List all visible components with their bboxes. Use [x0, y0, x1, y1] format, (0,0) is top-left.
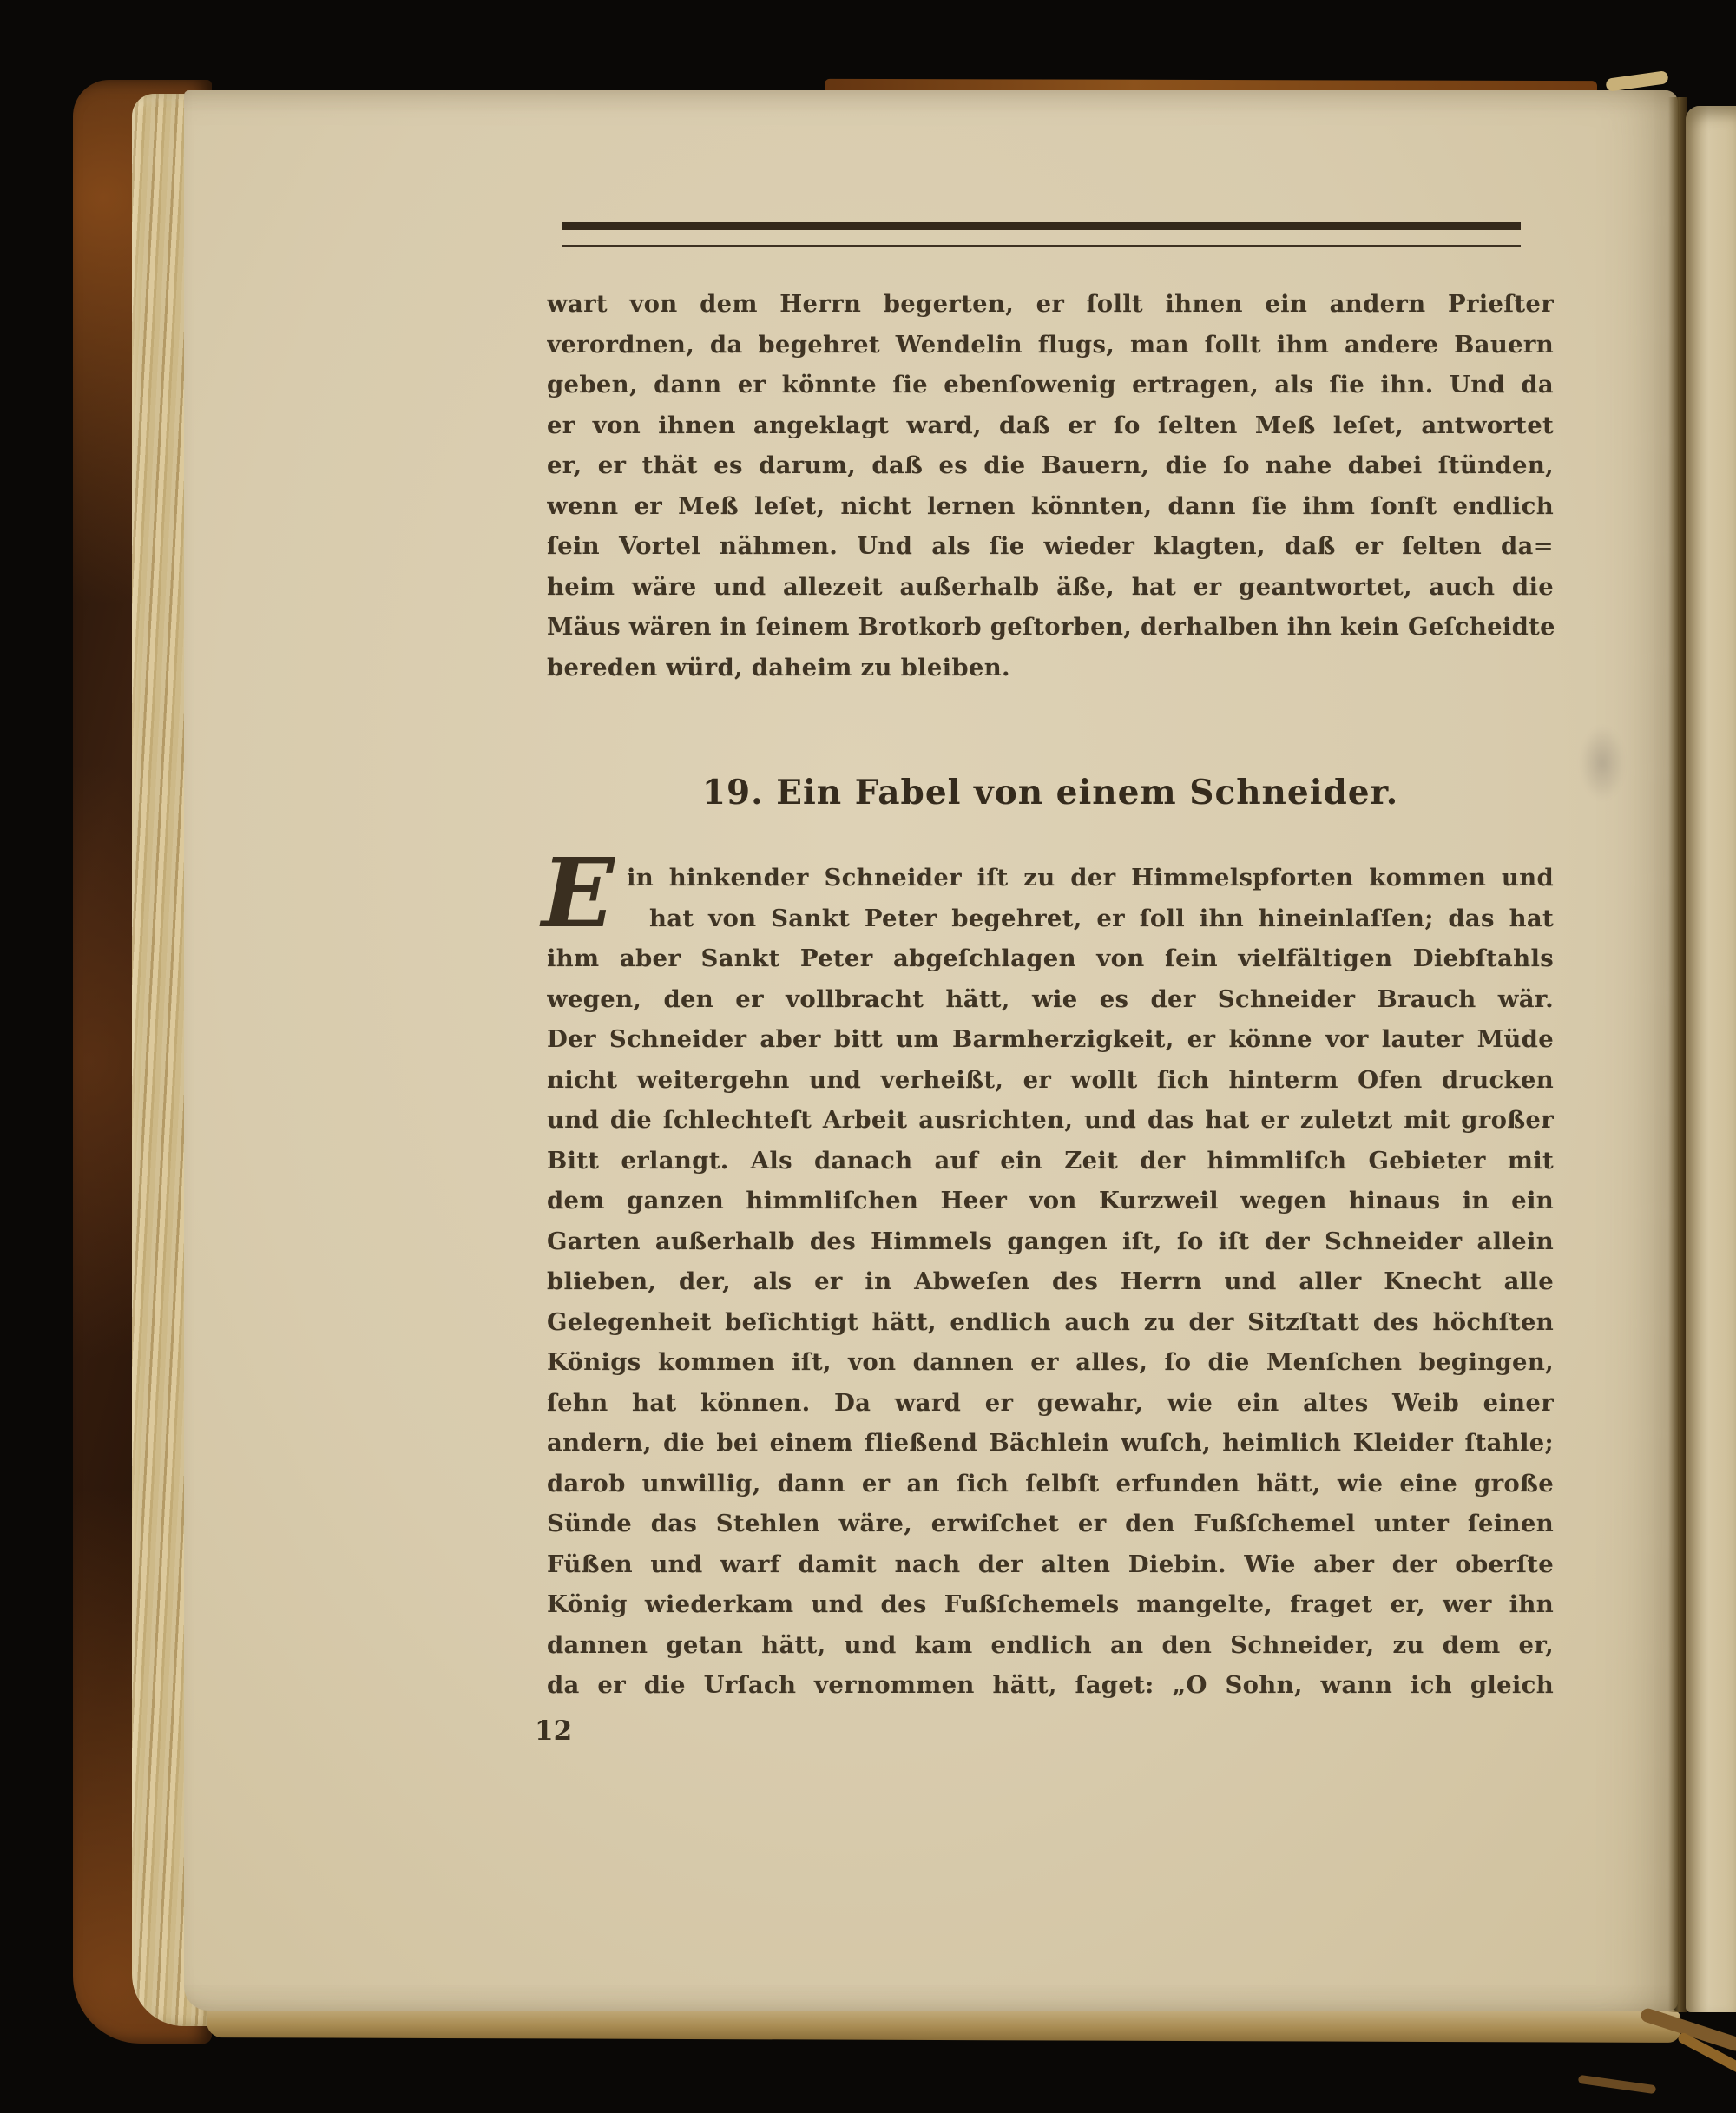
- text-line: hat von Sankt Peter begehret, er ſoll ih…: [547, 899, 1554, 939]
- text-line: er, er thät es darum, daß es die Bauern,…: [547, 445, 1554, 486]
- text-line: Bitt erlangt. Als danach auf ein Zeit de…: [547, 1141, 1554, 1182]
- text-line: ſehn hat können. Da ward er gewahr, wie …: [547, 1383, 1554, 1424]
- text-line: wart von dem Herrn begerten, er ſollt ih…: [547, 284, 1554, 325]
- text-line: andern, die bei einem fließend Bächlein …: [547, 1423, 1554, 1464]
- binding-thread: [1578, 2075, 1657, 2094]
- text-line: dannen getan hätt, und kam endlich an de…: [547, 1625, 1554, 1666]
- text-line: ſein Vortel nähmen. Und als ſie wieder k…: [547, 526, 1554, 567]
- binding-thread: [1605, 70, 1668, 92]
- section-heading: 19. Ein Fabel von einem Schneider.: [547, 773, 1554, 813]
- text-line: Garten außerhalb des Himmels gangen iſt,…: [547, 1221, 1554, 1262]
- text-line: blieben, der, als er in Abweſen des Herr…: [547, 1261, 1554, 1302]
- text-line: Sünde das Stehlen wäre, erwiſchet er den…: [547, 1504, 1554, 1544]
- text-line: bereden würd, daheim zu bleiben.: [547, 648, 1554, 688]
- text-line: darob unwillig, dann er an ſich ſelbſt e…: [547, 1464, 1554, 1504]
- text-line: und die ſchlechteſt Arbeit ausrichten, u…: [547, 1100, 1554, 1141]
- text-line: ihm aber Sankt Peter abgeſchlagen von ſe…: [547, 938, 1554, 979]
- text-line: Füßen und warf damit nach der alten Dieb…: [547, 1544, 1554, 1585]
- gutter-shadow: [1668, 97, 1687, 2012]
- header-rule: [562, 222, 1521, 247]
- paragraph-2: E in hinkender Schneider iſt zu der Himm…: [547, 858, 1554, 1706]
- text-line: König wiederkam und des Fußſchemels mang…: [547, 1584, 1554, 1625]
- text-line: in hinkender Schneider iſt zu der Himmel…: [547, 858, 1554, 899]
- adjacent-page-edge: [1686, 106, 1736, 2012]
- text-line: nicht weitergehn und verheißt, er wollt …: [547, 1060, 1554, 1101]
- text-line: geben, dann er könnte ſie ebenſowenig er…: [547, 365, 1554, 405]
- paper-smudge: [1580, 726, 1625, 800]
- text-line: wegen, den er vollbracht hätt, wie es de…: [547, 979, 1554, 1020]
- book-photograph: { "colors":{ "background":"#0a0806", "pa…: [0, 0, 1736, 2113]
- text-line: Königs kommen iſt, von dannen er alles, …: [547, 1342, 1554, 1383]
- text-line: er von ihnen angeklagt ward, daß er ſo ſ…: [547, 405, 1554, 446]
- book-page: wart von dem Herrn begerten, er ſollt ih…: [184, 90, 1678, 2011]
- text-line: Mäus wären in ſeinem Brotkorb geſtorben,…: [547, 607, 1554, 648]
- text-line: Der Schneider aber bitt um Barmherzigkei…: [547, 1019, 1554, 1060]
- text-line: da er die Urſach vernommen hätt, ſaget: …: [547, 1665, 1554, 1706]
- page-number: 12: [535, 1715, 572, 1747]
- text-line: dem ganzen himmliſchen Heer von Kurzweil…: [547, 1181, 1554, 1221]
- text-line: wenn er Meß leſet, nicht lernen könnten,…: [547, 486, 1554, 527]
- text-line: heim wäre und allezeit außerhalb äße, ha…: [547, 567, 1554, 608]
- paragraph-1: wart von dem Herrn begerten, er ſollt ih…: [547, 284, 1554, 688]
- text-line: Gelegenheit beſichtigt hätt, endlich auc…: [547, 1302, 1554, 1343]
- text-line: verordnen, da begehret Wendelin flugs, m…: [547, 325, 1554, 365]
- drop-cap-initial: E: [542, 846, 615, 941]
